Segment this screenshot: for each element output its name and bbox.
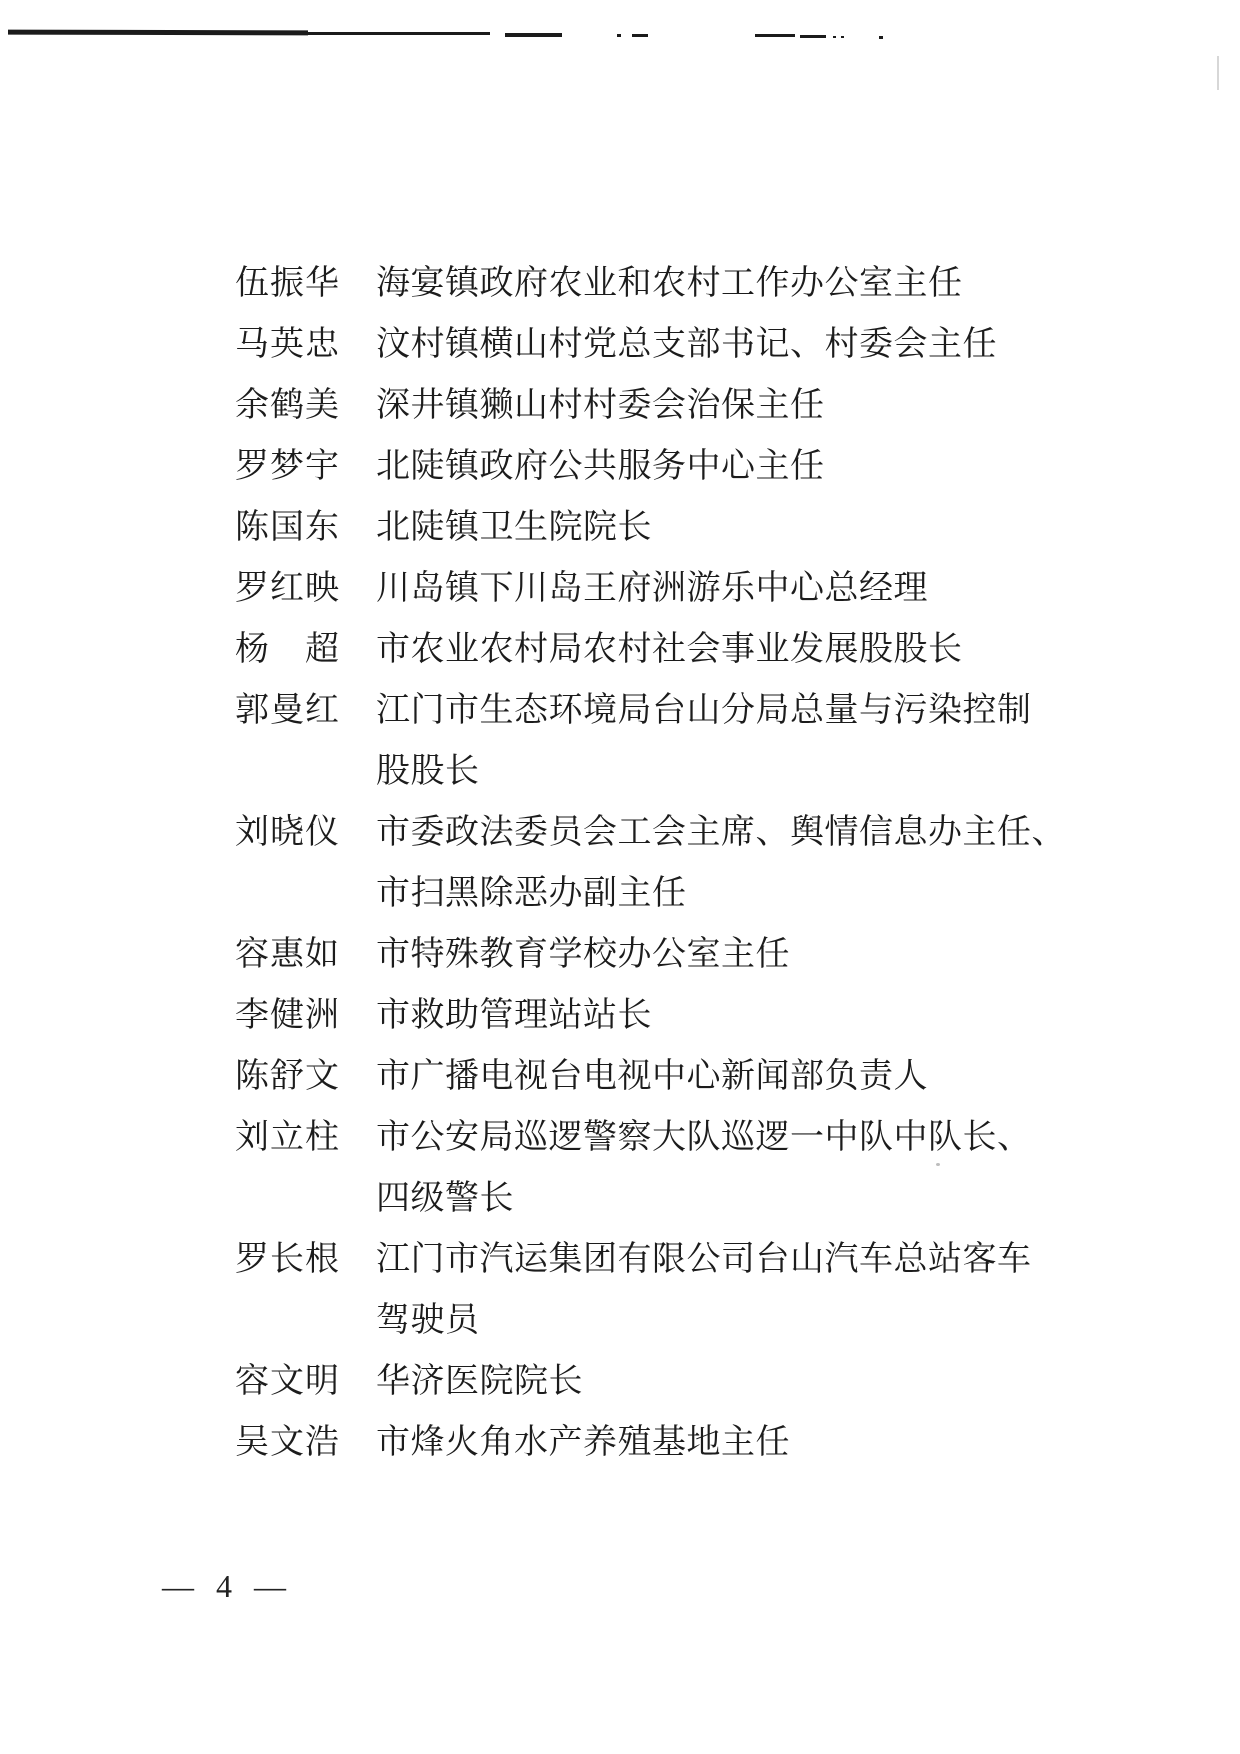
position-line: 江门市汽运集团有限公司台山汽车总站客车 xyxy=(376,1229,1032,1290)
person-title: 海宴镇政府农业和农村工作办公室主任 xyxy=(376,253,963,314)
position-line: 江门市生态环境局台山分局总量与污染控制 xyxy=(376,680,1032,741)
roster-row: 容文明 华济医院院长 xyxy=(235,1351,1035,1412)
person-name: 罗梦宇 xyxy=(235,436,339,497)
scan-artifact-dot xyxy=(833,36,836,38)
roster-row: 罗梦宇 北陡镇政府公共服务中心主任 xyxy=(235,436,1035,497)
person-name: 容文明 xyxy=(235,1351,339,1412)
roster-row: 余鹤美 深井镇獭山村村委会治保主任 xyxy=(235,375,1035,436)
person-title: 汶村镇横山村党总支部书记、村委会主任 xyxy=(376,314,997,375)
person-name: 罗长根 xyxy=(235,1229,339,1290)
position-line: 北陡镇卫生院院长 xyxy=(376,497,652,558)
person-title: 华济医院院长 xyxy=(376,1351,583,1412)
person-name: 刘晓仪 xyxy=(235,802,339,863)
person-title: 深井镇獭山村村委会治保主任 xyxy=(376,375,825,436)
position-line: 华济医院院长 xyxy=(376,1351,583,1412)
position-line: 汶村镇横山村党总支部书记、村委会主任 xyxy=(376,314,997,375)
scan-artifact-line xyxy=(632,34,648,37)
roster-row: 容惠如 市特殊教育学校办公室主任 xyxy=(235,924,1035,985)
person-title: 北陡镇政府公共服务中心主任 xyxy=(376,436,825,497)
position-line: 市广播电视台电视中心新闻部负责人 xyxy=(376,1046,928,1107)
person-title: 市委政法委员会工会主席、舆情信息办主任、 市扫黑除恶办副主任 xyxy=(376,802,1066,924)
roster-row: 马英忠 汶村镇横山村党总支部书记、村委会主任 xyxy=(235,314,1035,375)
position-line: 川岛镇下川岛王府洲游乐中心总经理 xyxy=(376,558,928,619)
scan-artifact-vertical-line xyxy=(1217,56,1219,90)
scan-artifact-dot xyxy=(617,34,621,37)
roster-row: 吴文浩 市烽火角水产养殖基地主任 xyxy=(235,1412,1035,1473)
position-line: 市烽火角水产养殖基地主任 xyxy=(376,1412,790,1473)
position-line: 北陡镇政府公共服务中心主任 xyxy=(376,436,825,497)
person-title: 市农业农村局农村社会事业发展股股长 xyxy=(376,619,963,680)
position-line: 市农业农村局农村社会事业发展股股长 xyxy=(376,619,963,680)
person-title: 市特殊教育学校办公室主任 xyxy=(376,924,790,985)
person-name: 吴文浩 xyxy=(235,1412,339,1473)
page-number: — 4 — xyxy=(162,1566,293,1606)
roster-row: 罗红映 川岛镇下川岛王府洲游乐中心总经理 xyxy=(235,558,1035,619)
person-name: 陈国东 xyxy=(235,497,339,558)
person-title: 北陡镇卫生院院长 xyxy=(376,497,652,558)
roster-row: 陈舒文 市广播电视台电视中心新闻部负责人 xyxy=(235,1046,1035,1107)
scan-artifact-line xyxy=(505,33,562,37)
position-line: 海宴镇政府农业和农村工作办公室主任 xyxy=(376,253,963,314)
person-name: 陈舒文 xyxy=(235,1046,339,1107)
person-name: 容惠如 xyxy=(235,924,339,985)
person-name: 郭曼红 xyxy=(235,680,339,741)
roster-row: 伍振华 海宴镇政府农业和农村工作办公室主任 xyxy=(235,253,1035,314)
scan-artifact-line xyxy=(755,34,795,37)
person-title: 川岛镇下川岛王府洲游乐中心总经理 xyxy=(376,558,928,619)
position-line: 市委政法委员会工会主席、舆情信息办主任、 xyxy=(376,802,1066,863)
position-line: 市扫黑除恶办副主任 xyxy=(376,863,1066,924)
position-line: 市特殊教育学校办公室主任 xyxy=(376,924,790,985)
person-name: 杨超 xyxy=(235,619,339,680)
person-name: 罗红映 xyxy=(235,558,339,619)
person-name: 余鹤美 xyxy=(235,375,339,436)
person-title: 江门市汽运集团有限公司台山汽车总站客车 驾驶员 xyxy=(376,1229,1032,1351)
roster-row: 刘立柱 市公安局巡逻警察大队巡逻一中队中队长、 四级警长 xyxy=(235,1107,1035,1229)
roster-row: 郭曼红 江门市生态环境局台山分局总量与污染控制 股股长 xyxy=(235,680,1035,802)
person-name: 李健洲 xyxy=(235,985,339,1046)
position-line: 市救助管理站站长 xyxy=(376,985,652,1046)
scan-artifact-dot xyxy=(841,36,844,38)
person-title: 市烽火角水产养殖基地主任 xyxy=(376,1412,790,1473)
position-line: 四级警长 xyxy=(376,1168,1032,1229)
roster-list: 伍振华 海宴镇政府农业和农村工作办公室主任 马英忠 汶村镇横山村党总支部书记、村… xyxy=(235,253,1035,1473)
roster-row: 李健洲 市救助管理站站长 xyxy=(235,985,1035,1046)
roster-row: 刘晓仪 市委政法委员会工会主席、舆情信息办主任、 市扫黑除恶办副主任 xyxy=(235,802,1035,924)
roster-row: 杨超 市农业农村局农村社会事业发展股股长 xyxy=(235,619,1035,680)
person-title: 江门市生态环境局台山分局总量与污染控制 股股长 xyxy=(376,680,1032,802)
roster-row: 陈国东 北陡镇卫生院院长 xyxy=(235,497,1035,558)
position-line: 驾驶员 xyxy=(376,1290,1032,1351)
person-name: 马英忠 xyxy=(235,314,339,375)
position-line: 股股长 xyxy=(376,741,1032,802)
scan-artifact-line xyxy=(8,30,308,36)
person-title: 市公安局巡逻警察大队巡逻一中队中队长、 四级警长 xyxy=(376,1107,1032,1229)
scan-artifact-dot xyxy=(879,36,883,39)
document-page: 伍振华 海宴镇政府农业和农村工作办公室主任 马英忠 汶村镇横山村党总支部书记、村… xyxy=(0,0,1240,1754)
roster-row: 罗长根 江门市汽运集团有限公司台山汽车总站客车 驾驶员 xyxy=(235,1229,1035,1351)
person-name: 伍振华 xyxy=(235,253,339,314)
scan-artifact-line xyxy=(300,32,490,35)
person-title: 市救助管理站站长 xyxy=(376,985,652,1046)
person-title: 市广播电视台电视中心新闻部负责人 xyxy=(376,1046,928,1107)
scan-artifact-line xyxy=(800,35,826,38)
position-line: 深井镇獭山村村委会治保主任 xyxy=(376,375,825,436)
position-line: 市公安局巡逻警察大队巡逻一中队中队长、 xyxy=(376,1107,1032,1168)
person-name: 刘立柱 xyxy=(235,1107,339,1168)
